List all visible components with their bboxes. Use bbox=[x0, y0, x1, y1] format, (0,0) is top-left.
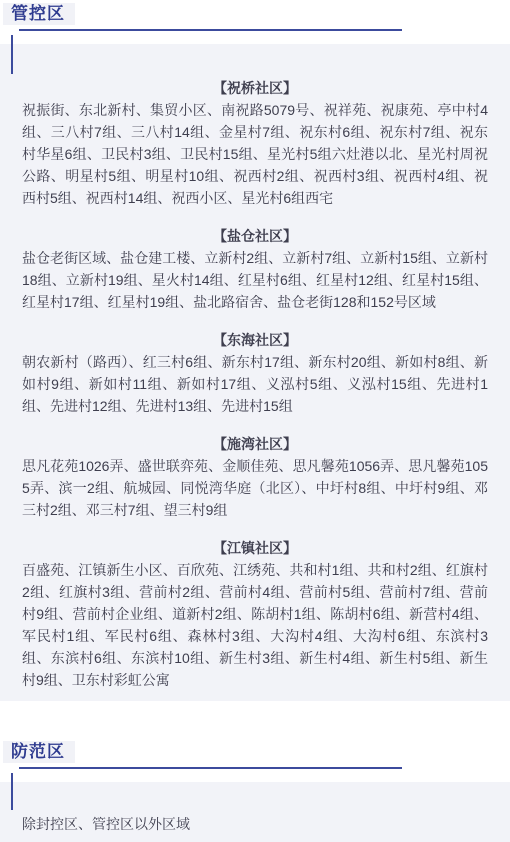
community-header-shiwan: 【施湾社区】 bbox=[22, 433, 488, 455]
precaution-zone-areas: 除封控区、管控区以外区域 bbox=[22, 813, 488, 835]
community-areas-yancang: 盐仓老街区域、盐仓建工楼、立新村2组、立新村7组、立新村15组、立新村18组、立… bbox=[22, 247, 488, 313]
community-areas-zhuqiao: 祝振街、东北新村、集贸小区、南祝路5079号、祝祥苑、祝康苑、亭中村4组、三八村… bbox=[22, 99, 488, 209]
precaution-zone-title: 防范区 bbox=[3, 741, 75, 763]
announcement-page: 管控区 【祝桥社区】 祝振街、东北新村、集贸小区、南祝路5079号、祝祥苑、祝康… bbox=[0, 0, 510, 842]
control-zone-title-underline bbox=[19, 29, 402, 31]
control-zone-panel: 【祝桥社区】 祝振街、东北新村、集贸小区、南祝路5079号、祝祥苑、祝康苑、亭中… bbox=[0, 44, 510, 701]
control-zone-section: 管控区 【祝桥社区】 祝振街、东北新村、集贸小区、南祝路5079号、祝祥苑、祝康… bbox=[0, 0, 510, 701]
precaution-zone-title-underline bbox=[19, 767, 402, 769]
control-zone-accent-bar bbox=[11, 35, 13, 74]
precaution-zone-section: 防范区 除封控区、管控区以外区域 bbox=[0, 738, 510, 842]
community-areas-donghai: 朝农新村（路西）、红三村6组、新东村17组、新东村20组、新如村8组、新如村9组… bbox=[22, 351, 488, 417]
community-header-jiangzhen: 【江镇社区】 bbox=[22, 537, 488, 559]
community-header-zhuqiao: 【祝桥社区】 bbox=[22, 77, 488, 99]
community-areas-jiangzhen: 百盛苑、江镇新生小区、百欣苑、江绣苑、共和村1组、共和村2组、红旗村2组、红旗村… bbox=[22, 559, 488, 691]
precaution-zone-accent-bar bbox=[11, 773, 13, 810]
control-zone-title-row: 管控区 bbox=[0, 0, 510, 25]
community-areas-shiwan: 思凡花苑1026弄、盛世联弈苑、金顺佳苑、思凡馨苑1056弄、思凡馨苑1055弄… bbox=[22, 455, 488, 521]
precaution-zone-title-row: 防范区 bbox=[0, 738, 510, 763]
community-header-yancang: 【盐仓社区】 bbox=[22, 225, 488, 247]
community-header-donghai: 【东海社区】 bbox=[22, 329, 488, 351]
precaution-zone-panel: 除封控区、管控区以外区域 bbox=[0, 782, 510, 842]
control-zone-title: 管控区 bbox=[3, 3, 75, 25]
